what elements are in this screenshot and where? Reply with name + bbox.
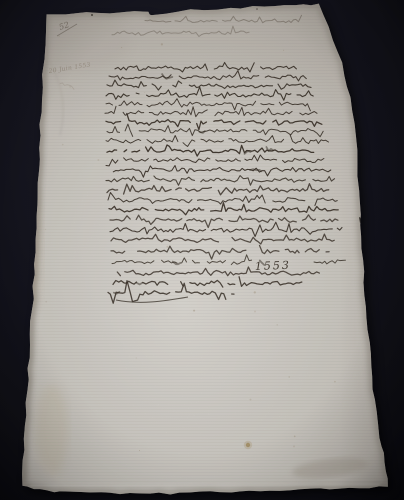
manuscript-photo-stage: 52 20 Juin 1553 1553 (0, 0, 404, 500)
photo-grain (0, 0, 404, 500)
manuscript-photo: 52 20 Juin 1553 1553 (0, 0, 404, 500)
